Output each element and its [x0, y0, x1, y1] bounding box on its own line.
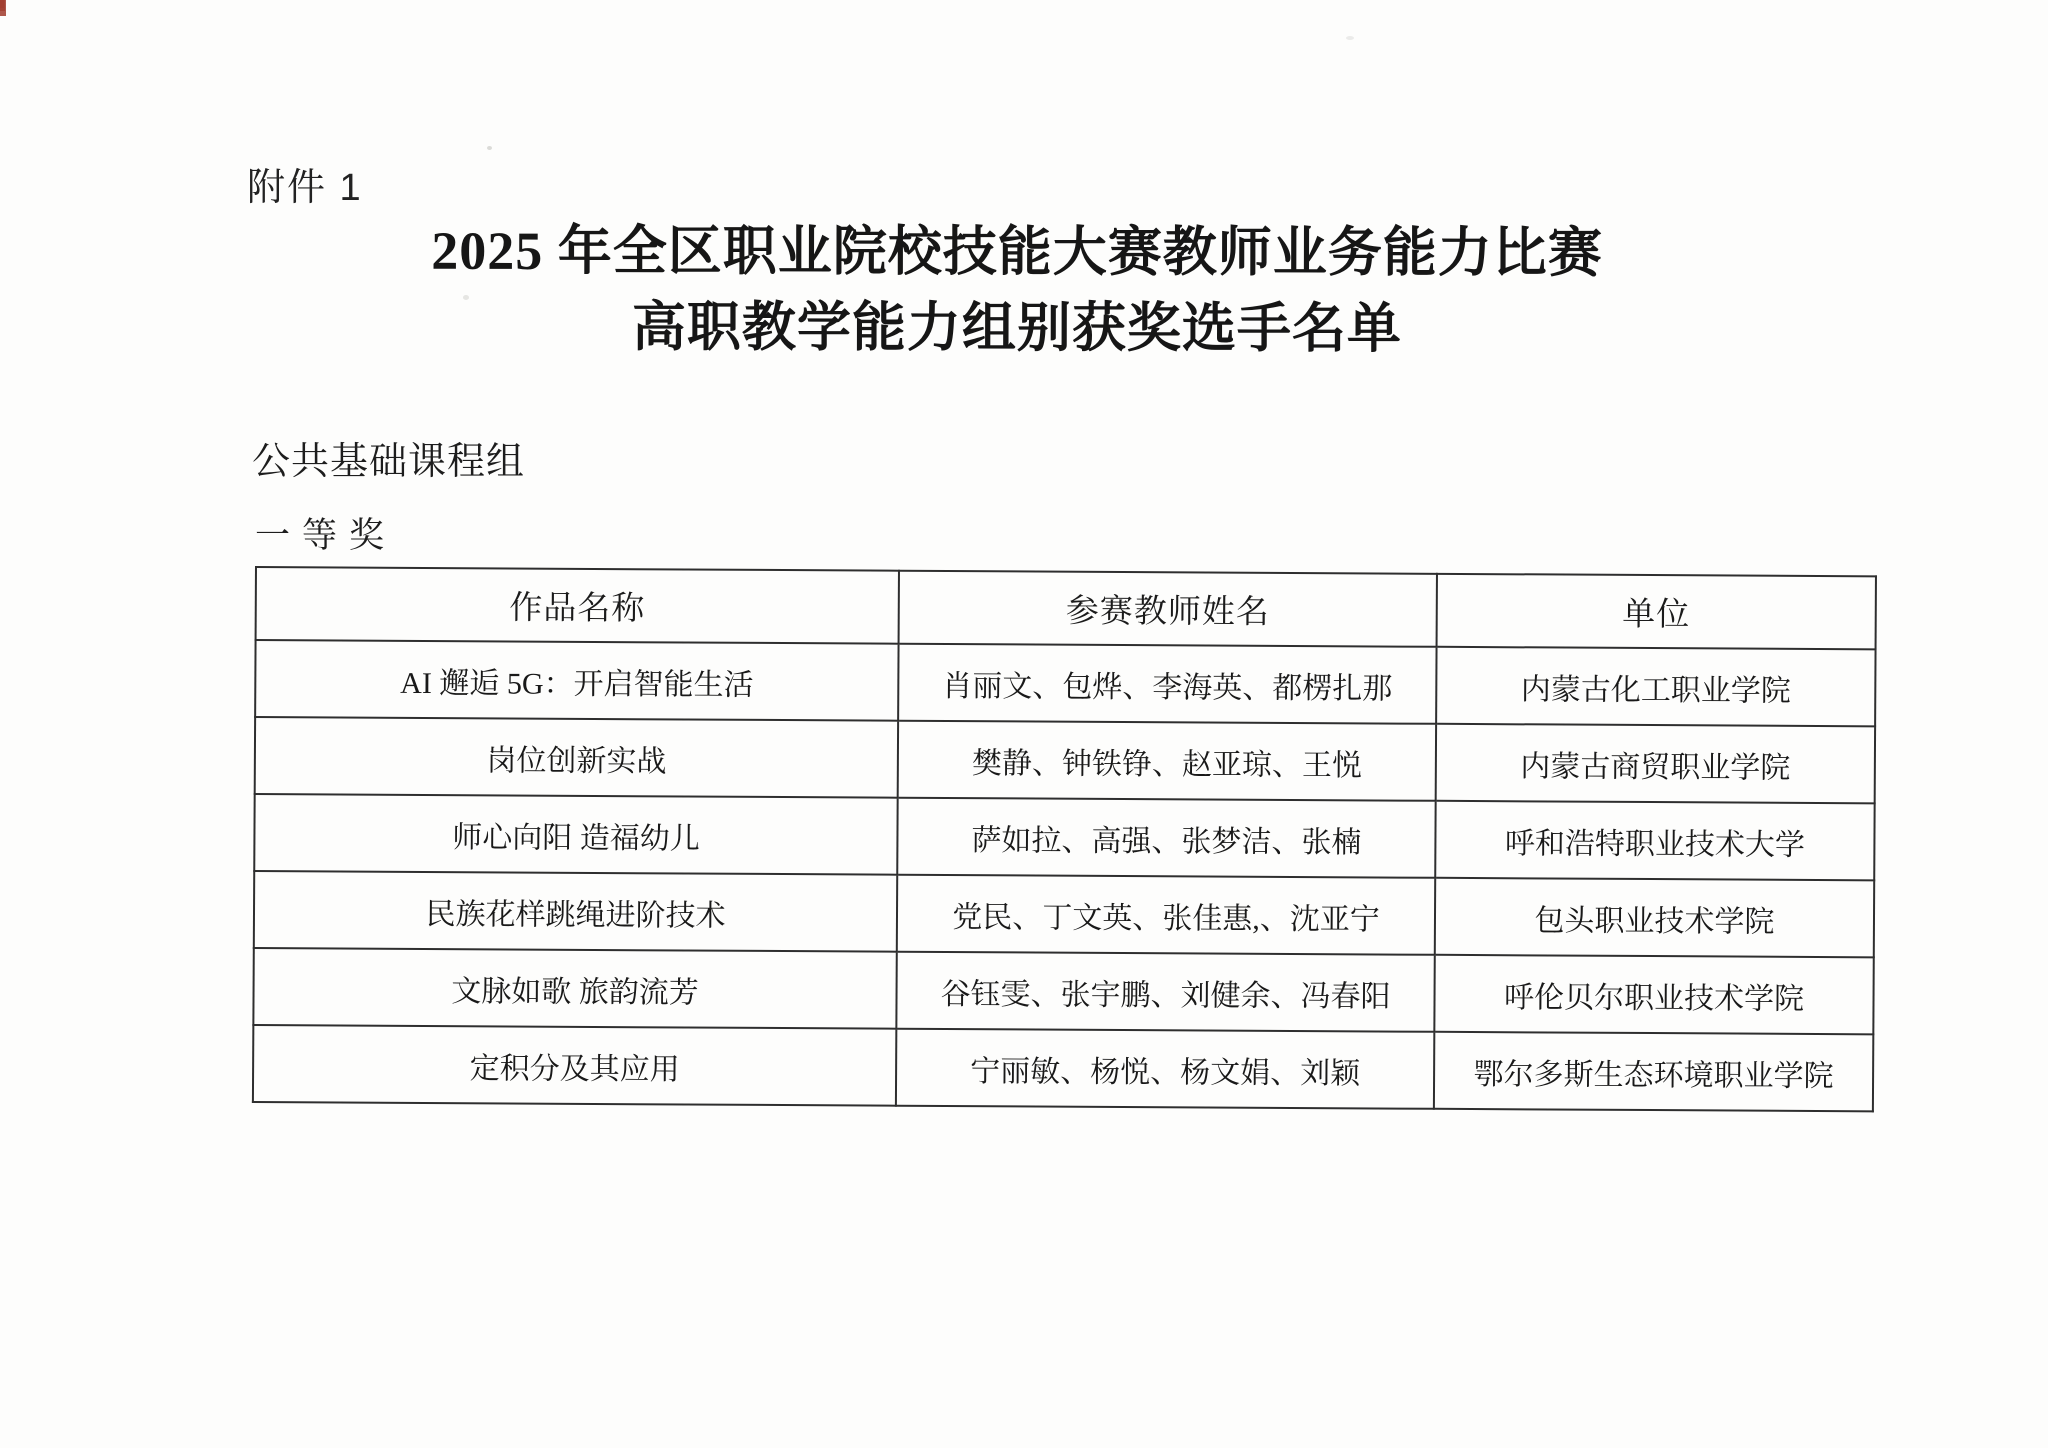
unit-cell: 内蒙古化工职业学院 [1436, 647, 1875, 727]
scan-edge-mark [0, 0, 4, 8]
work-name-cell: AI 邂逅 5G：开启智能生活 [255, 640, 899, 721]
unit-cell: 呼和浩特职业技术大学 [1435, 801, 1874, 881]
teacher-names-cell: 党民、丁文英、张佳惠,、沈亚宁 [897, 875, 1435, 955]
work-name-cell: 民族花样跳绳进阶技术 [254, 871, 898, 952]
table-row: 民族花样跳绳进阶技术 党民、丁文英、张佳惠,、沈亚宁 包头职业技术学院 [254, 871, 1874, 957]
scan-speck [487, 146, 492, 150]
awards-table: 作品名称 参赛教师姓名 单位 AI 邂逅 5G：开启智能生活 肖丽文、包烨、李海… [252, 566, 1877, 1112]
table-row: AI 邂逅 5G：开启智能生活 肖丽文、包烨、李海英、都楞扎那 内蒙古化工职业学… [255, 640, 1875, 726]
table-row: 定积分及其应用 宁丽敏、杨悦、杨文娟、刘颖 鄂尔多斯生态环境职业学院 [253, 1025, 1873, 1111]
scan-speck [1346, 36, 1354, 40]
teacher-names-cell: 宁丽敏、杨悦、杨文娟、刘颖 [896, 1029, 1434, 1109]
column-header-unit: 单位 [1437, 574, 1876, 650]
column-header-teacher-names: 参赛教师姓名 [899, 571, 1437, 647]
table-row: 文脉如歌 旅韵流芳 谷钰雯、张宇鹏、刘健余、冯春阳 呼伦贝尔职业技术学院 [253, 948, 1873, 1034]
table-header-row: 作品名称 参赛教师姓名 单位 [256, 567, 1876, 649]
table-row: 师心向阳 造福幼儿 萨如拉、高强、张梦洁、张楠 呼和浩特职业技术大学 [254, 794, 1874, 880]
unit-cell: 鄂尔多斯生态环境职业学院 [1434, 1032, 1873, 1112]
work-name-cell: 师心向阳 造福幼儿 [254, 794, 898, 875]
award-level-heading: 一等奖 [255, 508, 396, 558]
teacher-names-cell: 樊静、钟铁铮、赵亚琼、王悦 [898, 721, 1436, 801]
teacher-names-cell: 肖丽文、包烨、李海英、都楞扎那 [898, 644, 1436, 724]
group-heading: 公共基础课程组 [252, 430, 525, 485]
table-row: 岗位创新实战 樊静、钟铁铮、赵亚琼、王悦 内蒙古商贸职业学院 [255, 717, 1875, 803]
teacher-names-cell: 谷钰雯、张宇鹏、刘健余、冯春阳 [896, 952, 1434, 1032]
scanned-document-page: 附件 1 2025 年全区职业院校技能大赛教师业务能力比赛 高职教学能力组别获奖… [0, 0, 2048, 1448]
work-name-cell: 文脉如歌 旅韵流芳 [253, 948, 897, 1029]
attachment-label: 附件 1 [247, 156, 363, 211]
work-name-cell: 岗位创新实战 [255, 717, 899, 798]
unit-cell: 包头职业技术学院 [1435, 878, 1874, 958]
unit-cell: 内蒙古商贸职业学院 [1436, 724, 1875, 804]
document-title-line2: 高职教学能力组别获奖选手名单 [0, 288, 2034, 368]
teacher-names-cell: 萨如拉、高强、张梦洁、张楠 [897, 798, 1435, 878]
document-title: 2025 年全区职业院校技能大赛教师业务能力比赛 高职教学能力组别获奖选手名单 [0, 212, 2034, 368]
unit-cell: 呼伦贝尔职业技术学院 [1434, 955, 1873, 1035]
awards-table-container: 作品名称 参赛教师姓名 单位 AI 邂逅 5G：开启智能生活 肖丽文、包烨、李海… [252, 566, 1877, 1112]
work-name-cell: 定积分及其应用 [253, 1025, 897, 1106]
column-header-work-name: 作品名称 [256, 567, 900, 644]
document-title-line1: 2025 年全区职业院校技能大赛教师业务能力比赛 [0, 212, 2034, 292]
